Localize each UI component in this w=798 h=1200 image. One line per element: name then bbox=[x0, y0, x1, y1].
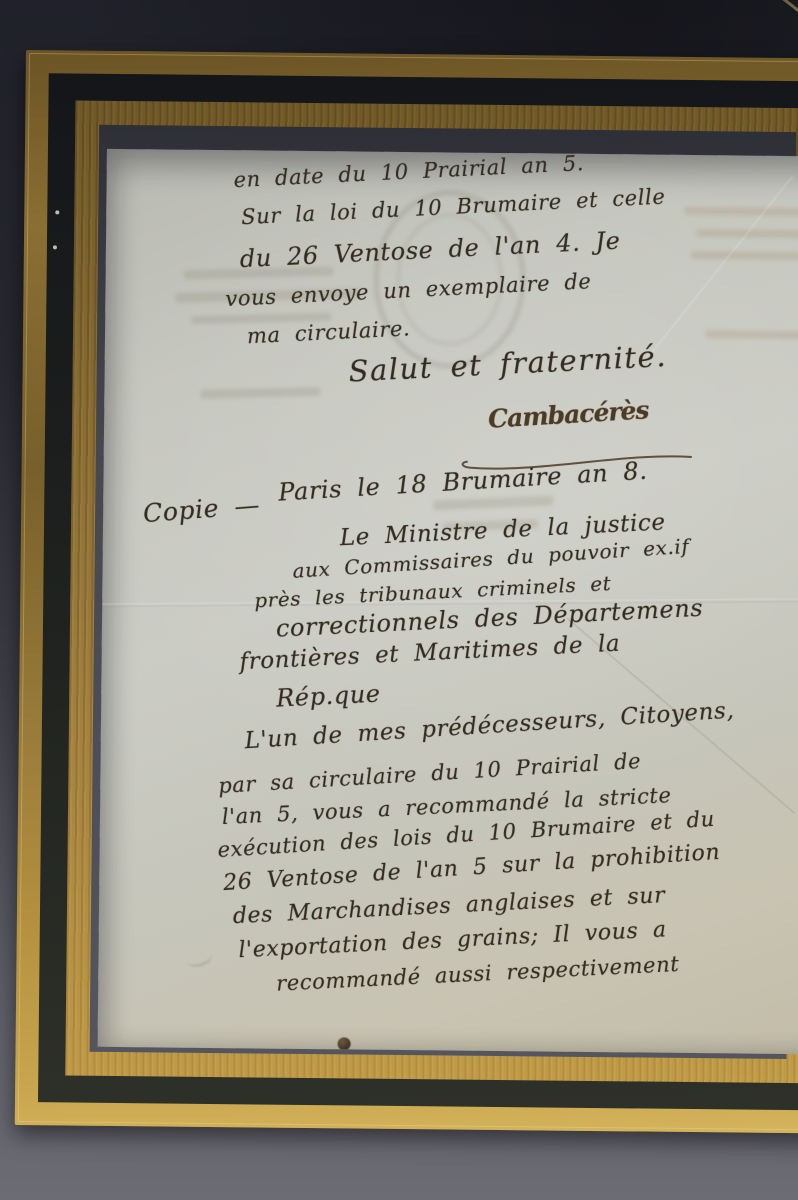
handwritten-line: en date du 10 Prairial an 5. bbox=[233, 153, 584, 191]
print-showthrough bbox=[684, 207, 798, 216]
handwritten-line: Rép.que bbox=[276, 682, 382, 711]
manuscript-paper: en date du 10 Prairial an 5. Sur la loi … bbox=[98, 149, 798, 1055]
print-showthrough bbox=[691, 251, 798, 260]
signature-scrawl: Cambacérès bbox=[487, 397, 649, 431]
photo-backdrop: { "manuscript": { "opening_lines": [ "en… bbox=[0, 0, 798, 1200]
gilt-damage-speck bbox=[55, 210, 59, 214]
salutation-line: Salut et fraternité. bbox=[348, 342, 668, 387]
picture-frame: en date du 10 Prairial an 5. Sur la loi … bbox=[15, 50, 798, 1134]
print-showthrough bbox=[696, 229, 798, 238]
handwritten-line: ma circulaire. bbox=[246, 318, 410, 347]
ink-showthrough bbox=[433, 495, 553, 510]
ink-showthrough bbox=[200, 387, 320, 399]
mounting-nail bbox=[338, 1037, 351, 1050]
gilt-damage-speck bbox=[53, 245, 57, 249]
hanging-wire bbox=[770, 0, 798, 29]
handwritten-line: recommandé aussi respectivement bbox=[276, 954, 680, 995]
margin-smudge bbox=[185, 946, 215, 969]
print-showthrough bbox=[705, 330, 798, 339]
copie-label: Copie — bbox=[142, 492, 261, 526]
